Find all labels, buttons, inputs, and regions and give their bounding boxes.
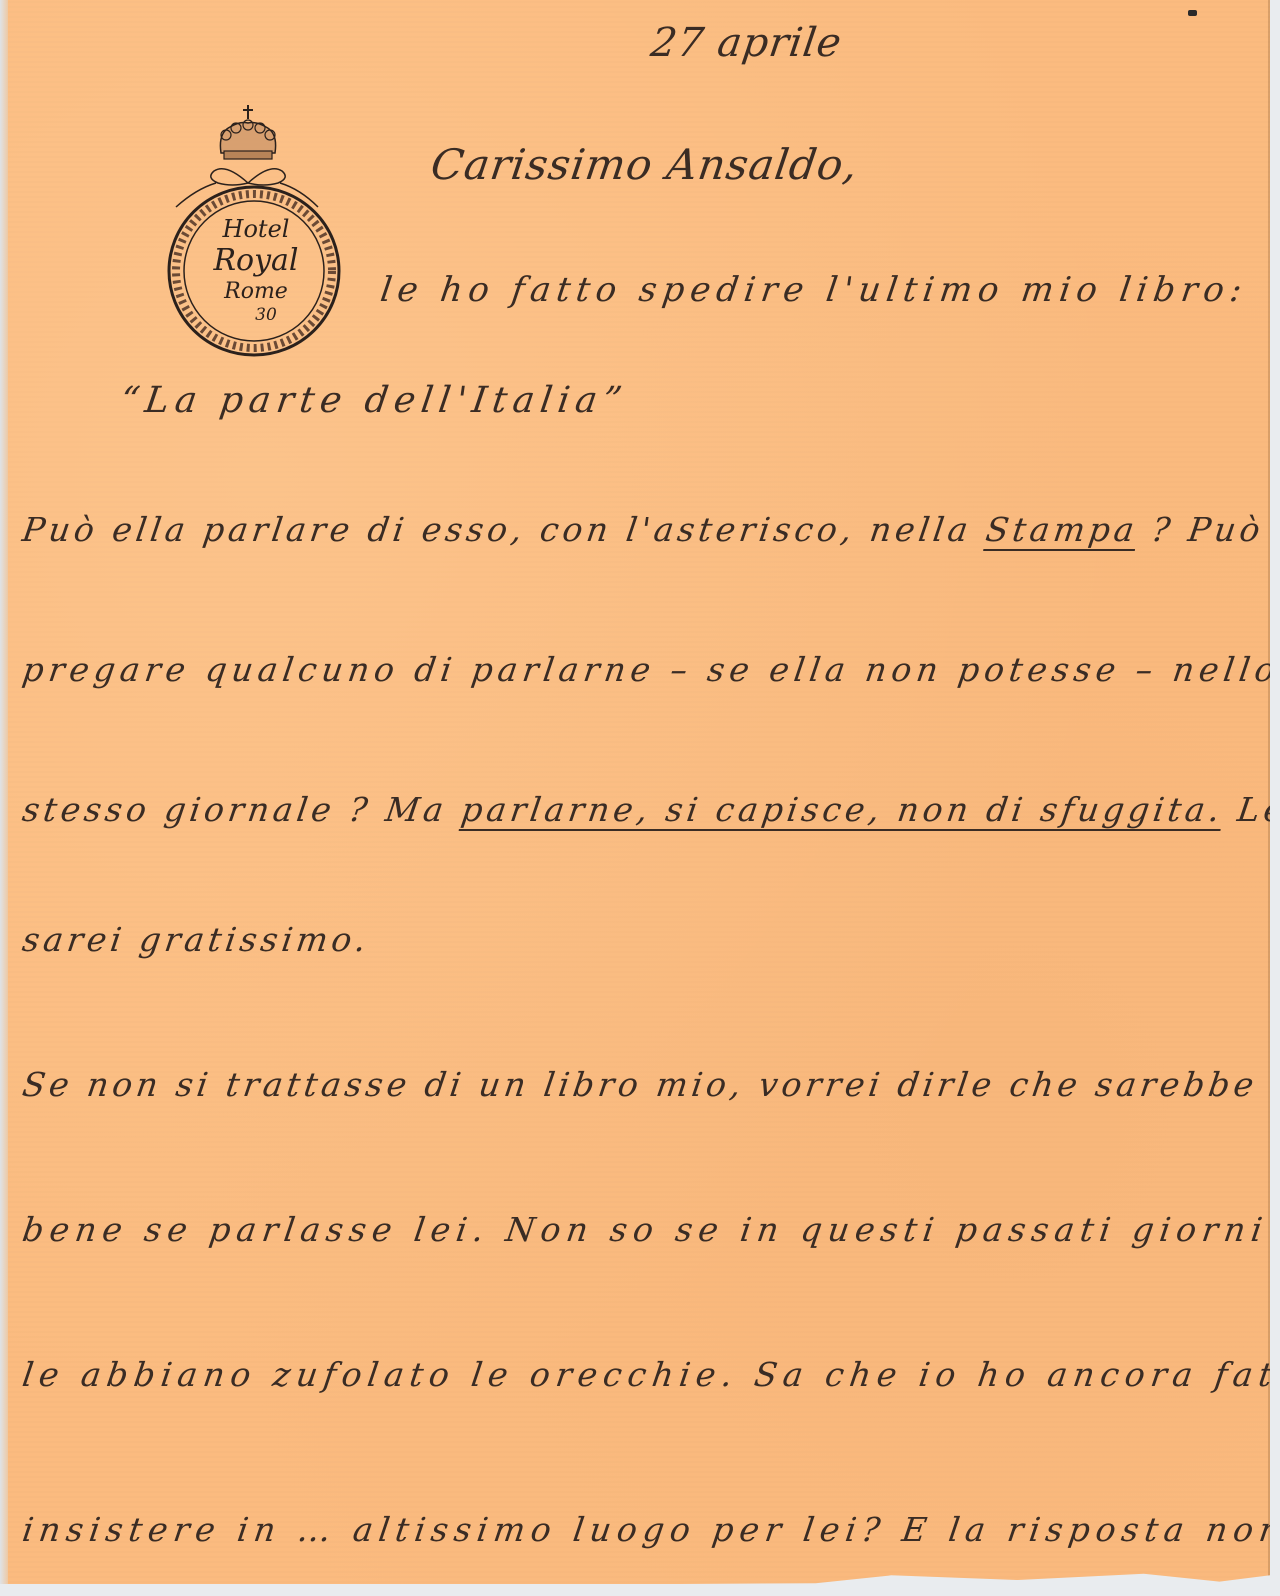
scan-bottom-edge: [0, 1584, 1280, 1596]
book-title-line: “La parte dell'Italia”: [118, 380, 630, 421]
body-line-4: pregare qualcuno di parlarne – se ella n…: [20, 650, 1280, 689]
letter-date: 27 aprile: [648, 20, 845, 66]
parlarne-underlined: parlarne, si capisce, non di sfuggita.: [459, 790, 1226, 829]
hotel-royal-crest: Hotel Royal Rome 30: [166, 103, 346, 358]
body-line-5-end: Le: [1235, 790, 1280, 829]
body-line-3-end: ? Può: [1150, 510, 1267, 549]
body-line-5-text: stesso giornale ? Ma: [20, 790, 450, 829]
crest-rome: Rome: [166, 279, 346, 304]
letter-page: 27 aprile Hotel Royal Rome 30: [8, 0, 1270, 1588]
body-line-9: le abbiano zufolato le orecchie. Sa che …: [20, 1355, 1280, 1394]
body-line-6: sarei gratissimo.: [20, 920, 372, 959]
body-line-3-text: Può ella parlare di esso, con l'asterisc…: [20, 510, 974, 549]
crest-royal: Royal: [166, 243, 346, 278]
body-line-1: le ho fatto spedire l'ultimo mio libro:: [378, 270, 1250, 310]
crest-number: 30: [176, 305, 356, 325]
body-line-10: insistere in … altissimo luogo per lei? …: [20, 1510, 1280, 1549]
body-line-3: Può ella parlare di esso, con l'asterisc…: [20, 510, 1267, 549]
salutation: Carissimo Ansaldo,: [428, 140, 862, 189]
ink-mark: [1188, 10, 1197, 16]
body-line-5: stesso giornale ? Ma parlarne, si capisc…: [20, 790, 1280, 829]
stampa-underlined: Stampa: [983, 510, 1140, 549]
body-line-7: Se non si trattasse di un libro mio, vor…: [20, 1065, 1260, 1104]
body-line-8: bene se parlasse lei. Non so se in quest…: [20, 1210, 1271, 1249]
crest-hotel: Hotel: [166, 215, 346, 243]
